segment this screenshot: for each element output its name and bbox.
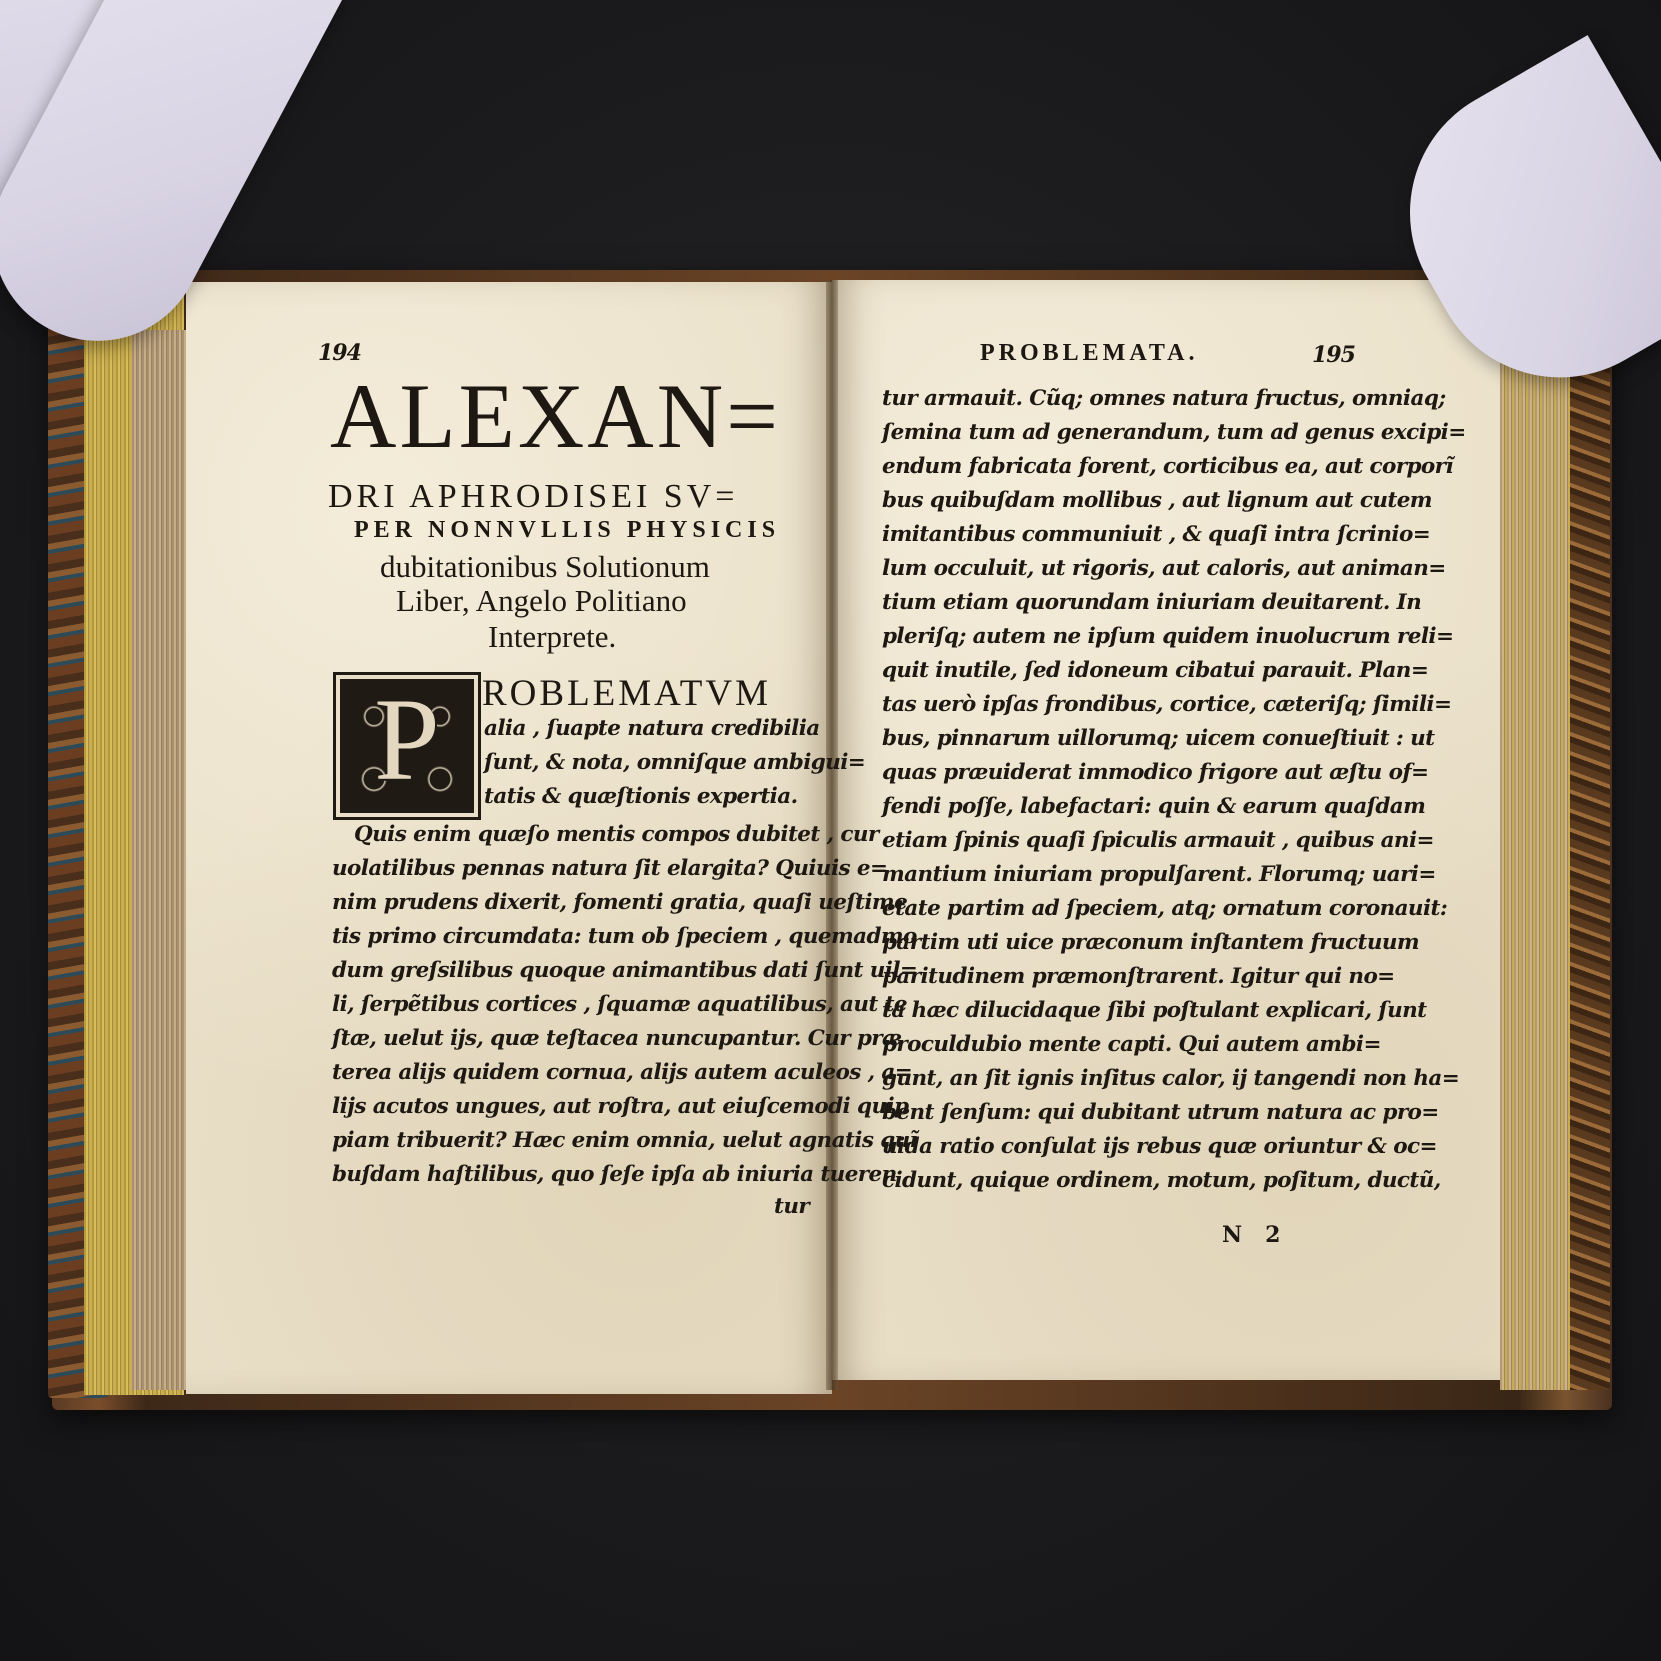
- left-body-initial-block: alia , ſuapte natura credibilia ſunt, & …: [484, 712, 865, 814]
- text-line: piam tribuerit? Hæc enim omnia, uelut ag…: [332, 1124, 917, 1158]
- text-line: ſemina tum ad generandum, tum ad genus e…: [882, 416, 1466, 450]
- text-line: etiam ſpinis quaſi ſpiculis armauit , qu…: [882, 824, 1466, 858]
- text-line: bent ſenſum: qui dubitant utrum natura a…: [882, 1096, 1466, 1130]
- text-line: etate partim ad ſpeciem, atq; ornatum co…: [882, 892, 1466, 926]
- text-line: partim uti uice præconum inſtantem fruct…: [882, 926, 1466, 960]
- text-line: tis primo circumdata: tum ob ſpeciem , q…: [332, 920, 917, 954]
- text-line: quas præuiderat immodico frigore aut æſt…: [882, 756, 1466, 790]
- text-line: paritudinem præmonſtrarent. Igitur qui n…: [882, 960, 1466, 994]
- title-line-4: dubitationibus Solutionum: [380, 549, 710, 585]
- text-line: gunt, an ſit ignis inſitus calor, ij tan…: [882, 1062, 1466, 1096]
- page-block-left: [132, 330, 186, 1390]
- left-body-text: Quis enim quæſo mentis compos dubitet , …: [332, 818, 917, 1192]
- catchword: tur: [774, 1190, 809, 1224]
- gilt-page-edge-right: [1500, 340, 1570, 1390]
- text-line: ſtæ, uelut ijs, quæ teſtacea nuncupantur…: [332, 1022, 917, 1056]
- text-line: li, ſerpẽtibus cortices , ſquamæ aquatil…: [332, 988, 917, 1022]
- text-line: alia , ſuapte natura credibilia: [484, 712, 865, 746]
- text-line: uida ratio conſulat ijs rebus quæ oriunt…: [882, 1130, 1466, 1164]
- text-line: buſdam haſtilibus, quo ſeſe ipſa ab iniu…: [332, 1158, 917, 1192]
- text-line: ta hæc dilucidaque ſibi poſtulant explic…: [882, 994, 1466, 1028]
- text-line: tatis & quæſtionis expertia.: [484, 780, 865, 814]
- text-line: dum greſsilibus quoque animantibus dati …: [332, 954, 917, 988]
- text-line: uolatilibus pennas natura ſit elargita? …: [332, 852, 917, 886]
- initial-letter: P: [336, 681, 478, 799]
- text-line: proculdubio mente capti. Qui autem ambi=: [882, 1028, 1466, 1062]
- text-line: quit inutile, ſed idoneum cibatui paraui…: [882, 654, 1466, 688]
- title-line-1: ALEXAN=: [330, 370, 781, 462]
- text-line: ſunt, & nota, omniſque ambigui=: [484, 746, 865, 780]
- text-line: imitantibus communiuit , & quaſi intra ſ…: [882, 518, 1466, 552]
- text-line: Quis enim quæſo mentis compos dubitet , …: [332, 818, 917, 852]
- text-line: cidunt, quique ordinem, motum, poſitum, …: [882, 1164, 1466, 1198]
- text-line: tas uerò ipſas frondibus, cortice, cæter…: [882, 688, 1466, 722]
- left-folio-number: 194: [318, 340, 361, 366]
- text-line: terea alijs quidem cornua, alijs autem a…: [332, 1056, 917, 1090]
- title-line-6: Interprete.: [488, 619, 616, 655]
- text-line: lijs acutos ungues, aut roſtra, aut eiuſ…: [332, 1090, 917, 1124]
- text-line: bus, pinnarum uillorumq; uicem conueſtiu…: [882, 722, 1466, 756]
- text-line: endum fabricata forent, corticibus ea, a…: [882, 450, 1466, 484]
- right-folio-number: 195: [1312, 342, 1355, 368]
- text-line: nim prudens dixerit, fomenti gratia, qua…: [332, 886, 917, 920]
- text-line: mantium iniuriam propulſarent. Florumq; …: [882, 858, 1466, 892]
- title-line-5: Liber, Angelo Politiano: [396, 583, 687, 619]
- title-line-2: DRI APHRODISEI SV=: [328, 478, 738, 516]
- text-line: pleriſq; autem ne ipſum quidem inuolucru…: [882, 620, 1466, 654]
- text-line: tium etiam quorundam iniuriam deuitarent…: [882, 586, 1466, 620]
- signature-mark: N 2: [1222, 1222, 1280, 1248]
- decorated-initial: P: [333, 672, 481, 820]
- right-body-text: tur armauit. Cũq; omnes natura fructus, …: [882, 382, 1466, 1198]
- catchword-text: tur: [774, 1190, 809, 1224]
- text-line: tur armauit. Cũq; omnes natura fructus, …: [882, 382, 1466, 416]
- text-line: lum occuluit, ut rigoris, aut caloris, a…: [882, 552, 1466, 586]
- section-heading: ROBLEMATVM: [482, 672, 771, 715]
- running-head: PROBLEMATA.: [980, 340, 1198, 367]
- text-line: bus quibuſdam mollibus , aut lignum aut …: [882, 484, 1466, 518]
- title-line-3: PER NONNVLLIS PHYSICIS: [354, 517, 780, 544]
- text-line: fendi poſſe, labefactari: quin & earum q…: [882, 790, 1466, 824]
